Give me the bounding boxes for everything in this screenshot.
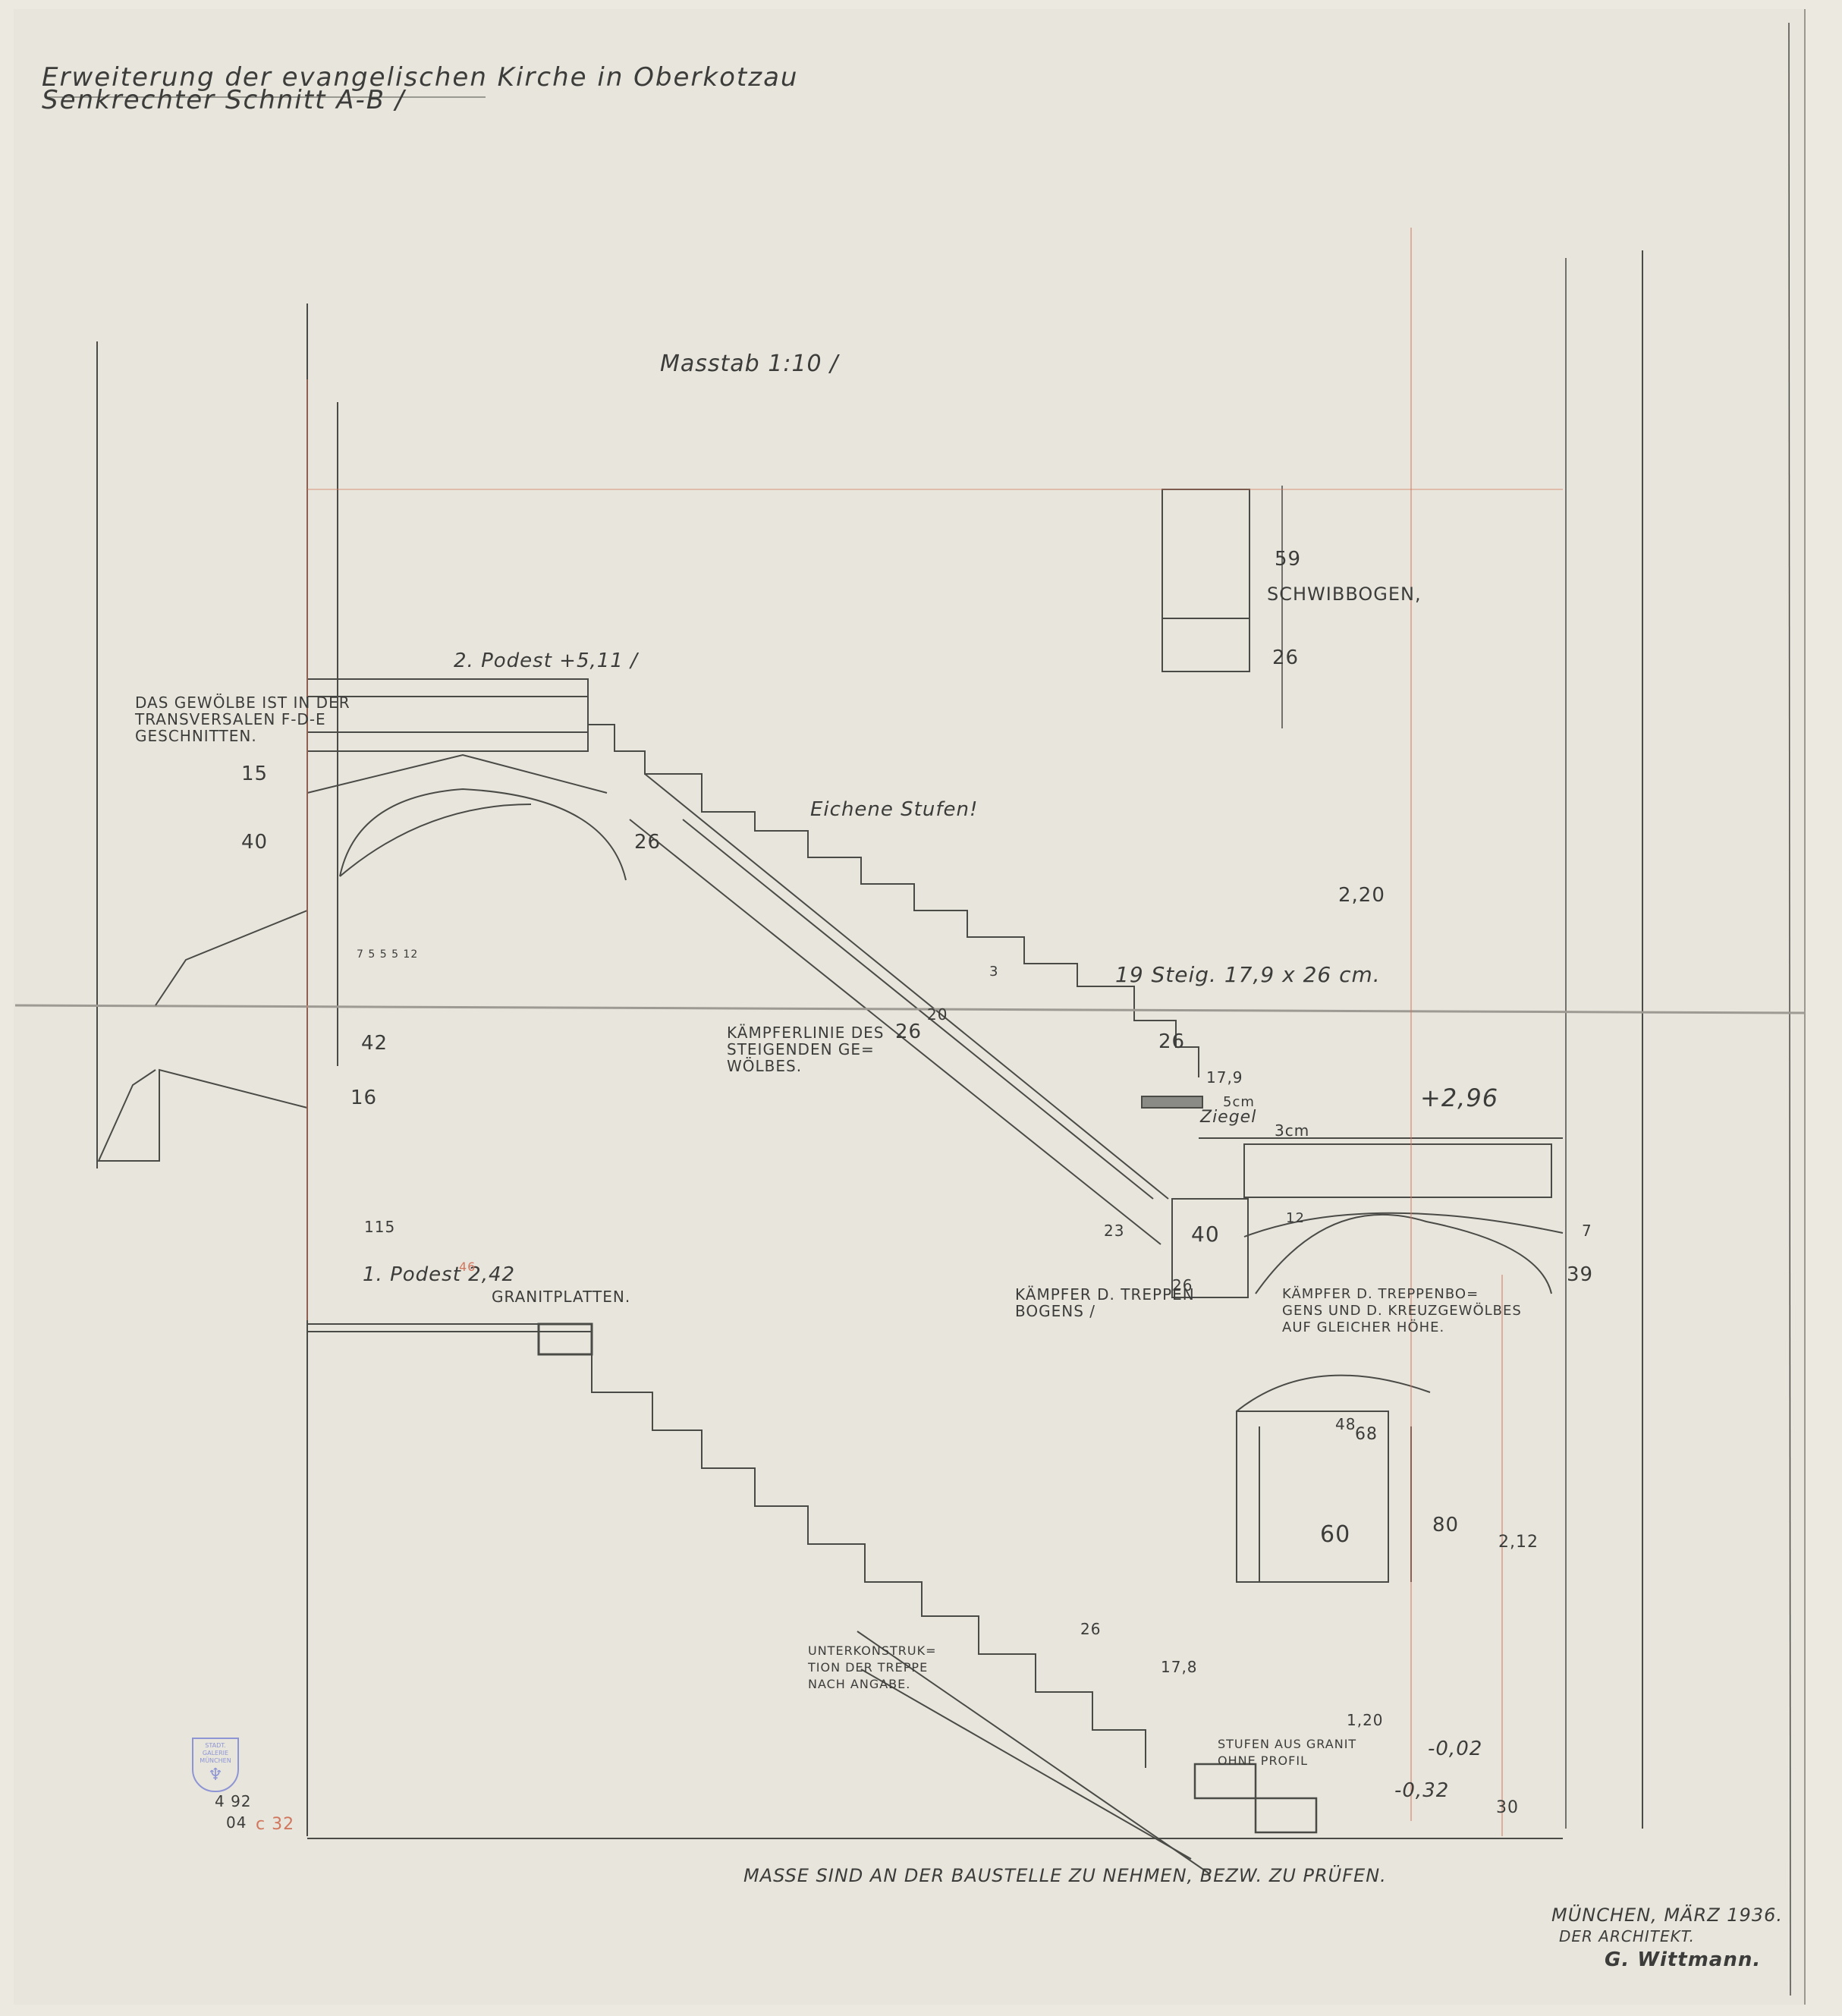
kampfer-stair-arch-note: Kämpfer d. Treppen bogens /: [1015, 1286, 1195, 1319]
oak-steps-label: Eichene Stufen!: [810, 798, 978, 821]
springing-line-note: Kämpferlinie des steigenden Ge= wölbes.: [727, 1024, 884, 1074]
dim-26-b: 26: [1272, 646, 1299, 669]
scale-label: Masstab 1:10 /: [660, 351, 838, 377]
dim-26-low: 26: [1080, 1620, 1101, 1638]
inventory-number: 4 92: [215, 1792, 252, 1810]
substructure-note: Unterkonstruk= tion der Treppe nach Anga…: [808, 1643, 937, 1693]
dim-16: 16: [350, 1087, 377, 1109]
dim-60: 60: [1320, 1521, 1350, 1548]
stamp-line1: STADT. GALERIE: [193, 1742, 237, 1757]
dim-12: 12: [1286, 1210, 1305, 1226]
landing-1-label: 1. Podest 2,42: [363, 1263, 515, 1286]
dim-39: 39: [1567, 1263, 1593, 1286]
dim-30: 30: [1496, 1798, 1519, 1817]
dim-5cm: 5cm: [1223, 1094, 1255, 1110]
museum-stamp: STADT. GALERIE MÜNCHEN ♆: [192, 1738, 239, 1792]
level-296: +2,96: [1420, 1083, 1498, 1112]
dim-7: 7: [1582, 1222, 1592, 1240]
steps-spec: 19 Steig. 17,9 x 26 cm.: [1115, 962, 1381, 987]
granite-slabs-label: Granitplatten.: [492, 1288, 630, 1305]
dim-26-step: 26: [1158, 1030, 1185, 1053]
inventory-red-note: c 32: [256, 1815, 294, 1834]
dim-59: 59: [1275, 548, 1301, 571]
dim-3: 3: [989, 964, 998, 980]
place-date: München, März 1936.: [1551, 1904, 1783, 1926]
architect-signature: G. Wittmann.: [1605, 1948, 1761, 1971]
kampfer-equal-note: Kämpfer d. Treppenbo= gens und d. Kreuzg…: [1282, 1286, 1522, 1336]
dim-68: 68: [1355, 1425, 1378, 1444]
landing-1-red-value: 46: [459, 1260, 476, 1274]
dim-23: 23: [1104, 1222, 1124, 1240]
dim-small-stack: 7 5 5 5 12: [357, 948, 418, 961]
dim-40-left: 40: [241, 831, 268, 854]
inventory-sub: 04: [226, 1813, 247, 1832]
eagle-icon: ♆: [193, 1765, 237, 1786]
dim-1-20: 1,20: [1347, 1711, 1384, 1729]
dim-15: 15: [241, 763, 268, 785]
granite-steps-note: Stufen aus Granit ohne Profil: [1218, 1736, 1356, 1769]
footer-note: Masse sind an der Baustelle zu nehmen, b…: [743, 1865, 1387, 1886]
architect-label: Der Architekt.: [1559, 1927, 1695, 1945]
dim-42: 42: [361, 1032, 388, 1055]
vault-note: Das Gewölbe ist in der Transversalen F-D…: [135, 694, 350, 744]
level-minus-032: -0,32: [1394, 1779, 1449, 1802]
dim-17-8: 17,8: [1161, 1658, 1198, 1676]
dim-2-20: 2,20: [1338, 884, 1385, 907]
dim-115: 115: [364, 1218, 395, 1236]
landing-2-label: 2. Podest +5,11 /: [454, 649, 638, 672]
dim-20-diag: 20: [927, 1005, 948, 1024]
stamp-line2: MÜNCHEN: [193, 1757, 237, 1765]
dim-26-c: 26: [1172, 1276, 1193, 1294]
dim-17-9: 17,9: [1206, 1068, 1243, 1087]
dim-3cm: 3cm: [1275, 1121, 1309, 1140]
dim-2-12: 2,12: [1498, 1533, 1539, 1552]
drawing-subtitle: Senkrechter Schnitt A-B /: [42, 85, 405, 115]
level-minus-002: -0,02: [1428, 1738, 1482, 1760]
dim-80: 80: [1432, 1514, 1459, 1536]
dim-40-right: 40: [1191, 1222, 1220, 1247]
dim-26-diag: 26: [895, 1021, 922, 1043]
ziegel-label: Ziegel: [1200, 1108, 1256, 1127]
schwibbogen-label: Schwibbogen,: [1267, 586, 1422, 602]
dim-48: 48: [1335, 1415, 1356, 1433]
section-drawing: [0, 0, 1842, 2016]
dim-26-a: 26: [634, 831, 661, 854]
